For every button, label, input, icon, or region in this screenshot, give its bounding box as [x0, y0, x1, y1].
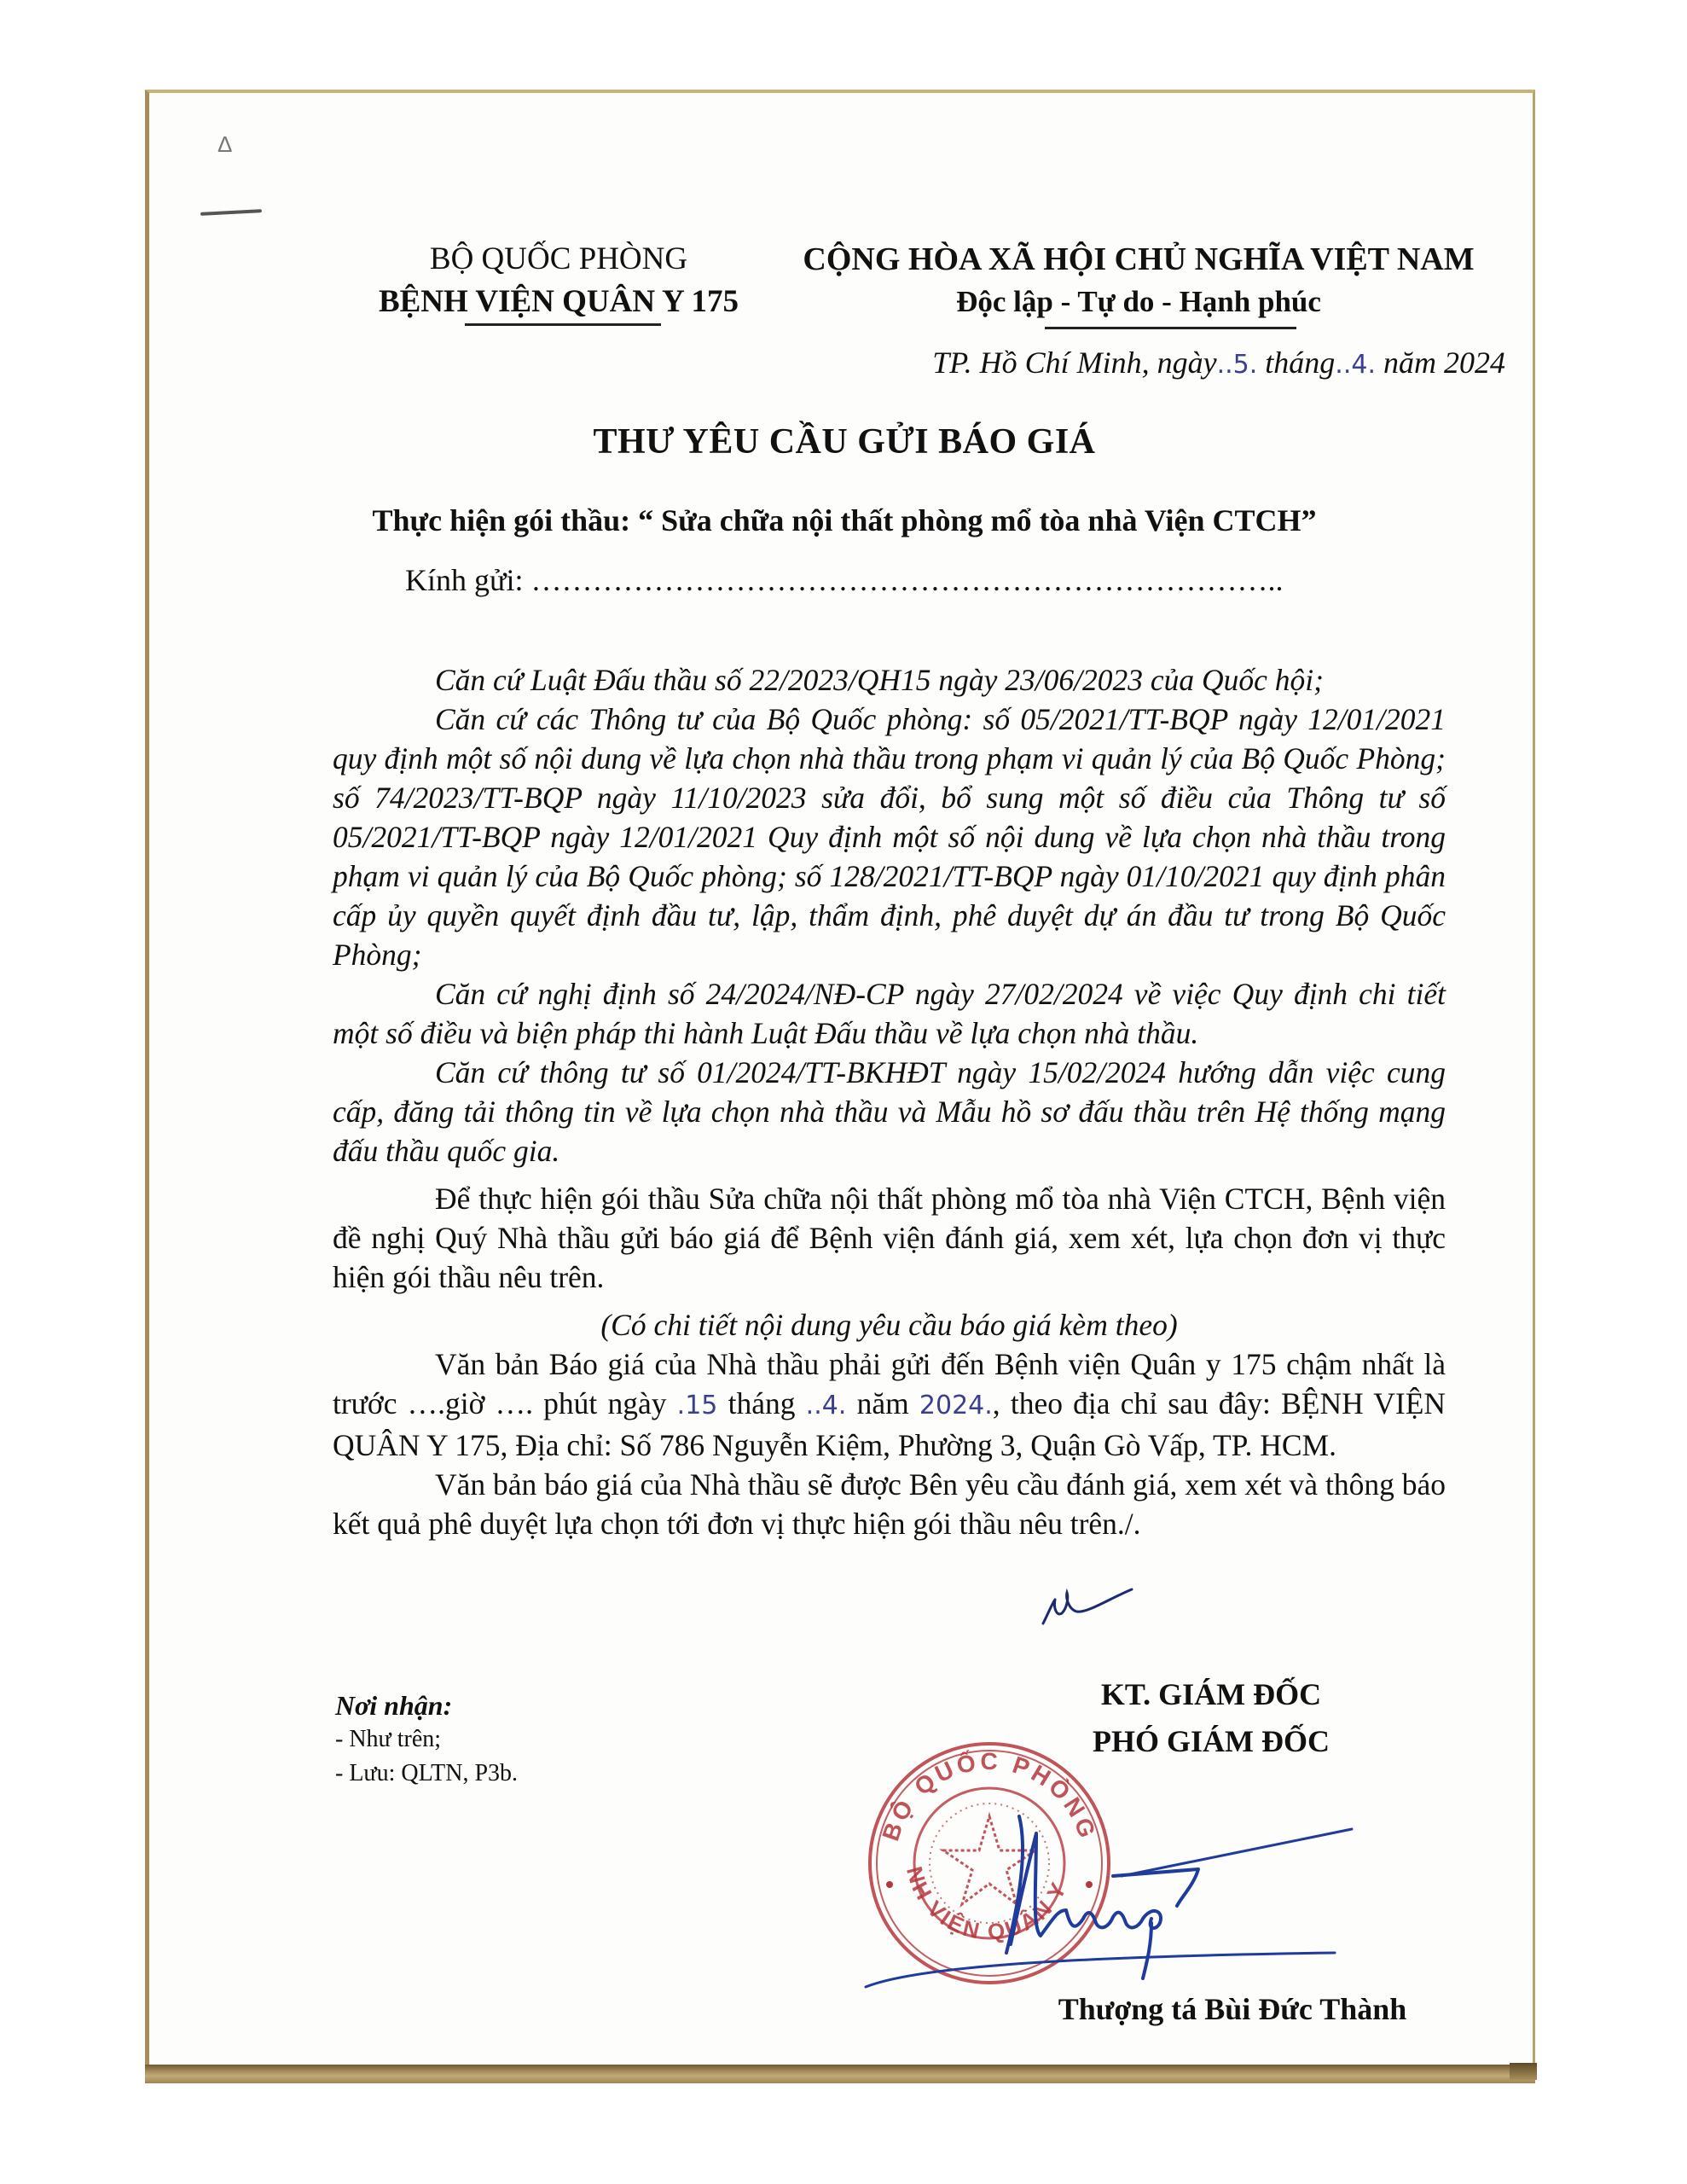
scanner-backdrop-edge	[145, 2065, 1535, 2083]
handwritten-signature	[857, 1782, 1369, 1995]
hospital-underline	[465, 323, 661, 326]
legal-basis-3: Căn cứ nghị định số 24/2024/NĐ-CP ngày 2…	[333, 974, 1446, 1053]
margin-mark: Δ	[217, 131, 241, 154]
document-body: Căn cứ Luật Đấu thầu số 22/2023/QH15 ngà…	[333, 660, 1446, 1543]
national-motto: Độc lập - Tự do - Hạnh phúc	[763, 281, 1514, 323]
deadline-month-label: tháng	[728, 1386, 796, 1420]
motto-underline	[1045, 327, 1296, 329]
attachment-note: (Có chi tiết nội dung yêu cầu báo giá kè…	[333, 1305, 1446, 1345]
signature-title-2: PHÓ GIÁM ĐỐC	[934, 1718, 1488, 1765]
scanned-page: Δ BỘ QUỐC PHÒNG BỆNH VIỆN QUÂN Y 175 CỘN…	[145, 90, 1535, 2077]
recipient-line: Kính gửi: ………………………………………………………………..	[405, 562, 1284, 598]
signer-name: Thượng tá Bùi Đức Thành	[934, 1991, 1531, 2027]
legal-basis-1: Căn cứ Luật Đấu thầu số 22/2023/QH15 ngà…	[333, 660, 1446, 700]
recipients-block: Nơi nhận: - Như trên; - Lưu: QLTN, P3b.	[335, 1688, 518, 1791]
date-day-handwritten: ..5.	[1217, 350, 1258, 380]
recipient-item: - Lưu: QLTN, P3b.	[335, 1757, 518, 1791]
national-header: CỘNG HÒA XÃ HỘI CHỦ NGHĨA VIỆT NAM Độc l…	[763, 238, 1514, 323]
document-subject: Thực hiện gói thầu: “ Sửa chữa nội thất …	[149, 502, 1539, 538]
scanner-backdrop-corner	[1510, 2063, 1537, 2080]
document-content: Δ BỘ QUỐC PHÒNG BỆNH VIỆN QUÂN Y 175 CỘN…	[149, 93, 1533, 2077]
document-title: THƯ YÊU CẦU GỬI BÁO GIÁ	[149, 421, 1539, 462]
signature-title-1: KT. GIÁM ĐỐC	[934, 1671, 1488, 1718]
legal-basis-4: Căn cứ thông tư số 01/2024/TT-BKHĐT ngày…	[333, 1053, 1446, 1170]
recipients-heading: Nơi nhận:	[335, 1688, 518, 1722]
date-year: năm 2024	[1383, 346, 1505, 380]
national-title: CỘNG HÒA XÃ HỘI CHỦ NGHĨA VIỆT NAM	[763, 238, 1514, 281]
margin-pen-stroke	[200, 209, 262, 216]
deadline-year-handwritten: 2024.	[919, 1391, 993, 1420]
closing-paragraph: Văn bản báo giá của Nhà thầu sẽ được Bên…	[333, 1465, 1446, 1543]
hospital-name: BỆNH VIỆN QUÂN Y 175	[337, 281, 780, 323]
initials-mark	[1036, 1579, 1139, 1630]
request-paragraph: Để thực hiện gói thầu Sửa chữa nội thất …	[333, 1179, 1446, 1297]
ministry-name: BỘ QUỐC PHÒNG	[337, 238, 780, 281]
recipient-item: - Như trên;	[335, 1722, 518, 1757]
date-prefix: TP. Hồ Chí Minh, ngày	[932, 346, 1216, 380]
deadline-year-label: năm	[857, 1386, 909, 1420]
issuing-organization: BỘ QUỐC PHÒNG BỆNH VIỆN QUÂN Y 175	[337, 238, 780, 323]
date-month-handwritten: ..4.	[1335, 350, 1376, 380]
date-month-label: tháng	[1265, 346, 1335, 380]
signature-title-block: KT. GIÁM ĐỐC PHÓ GIÁM ĐỐC	[934, 1671, 1488, 1765]
deadline-paragraph: Văn bản Báo giá của Nhà thầu phải gửi đế…	[333, 1345, 1446, 1465]
legal-basis-2: Căn cứ các Thông tư của Bộ Quốc phòng: s…	[333, 700, 1446, 974]
document-date: TP. Hồ Chí Minh, ngày..5. tháng..4. năm …	[772, 345, 1505, 380]
deadline-month-handwritten: ..4.	[806, 1391, 847, 1420]
deadline-day-handwritten: .15	[677, 1391, 718, 1420]
